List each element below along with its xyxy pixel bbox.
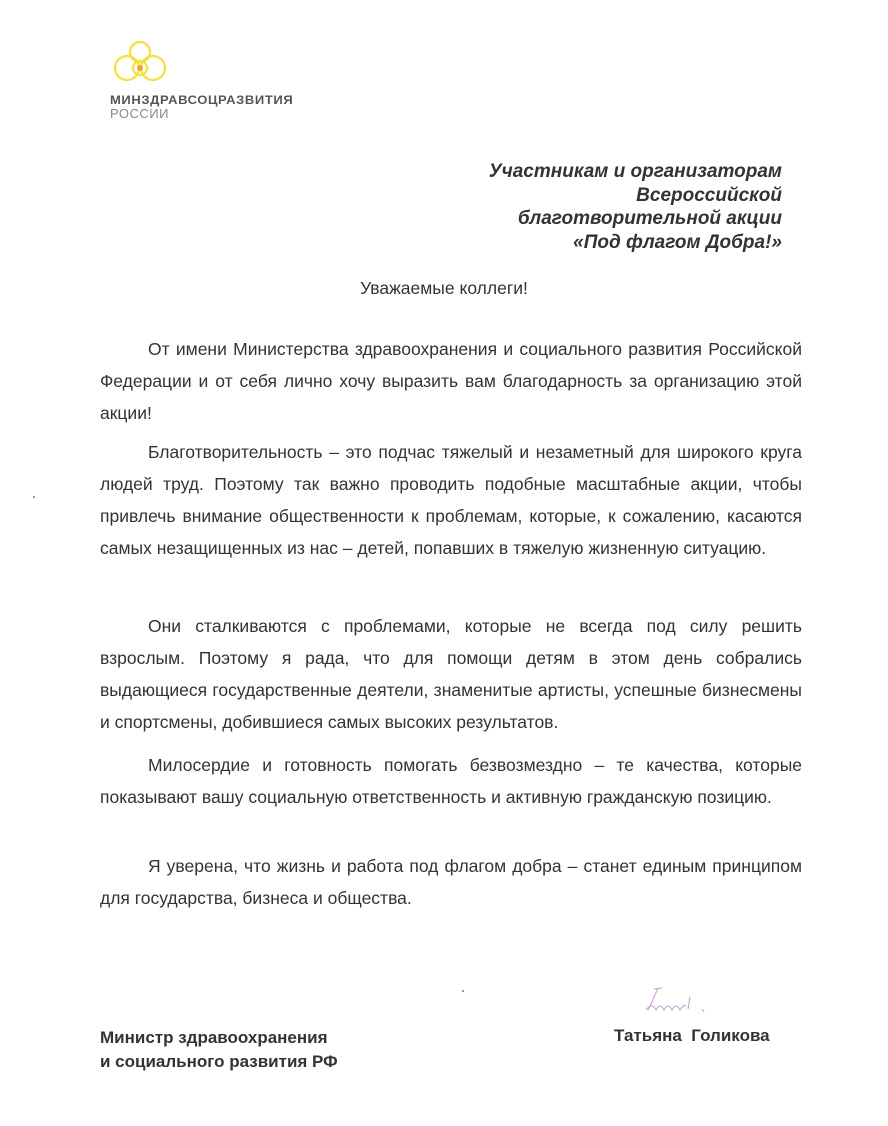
- salutation: Уважаемые коллеги!: [0, 278, 888, 299]
- paragraph: Благотворительность – это подчас тяжелый…: [100, 436, 802, 564]
- scan-speck: [33, 496, 35, 498]
- paragraph: От имени Министерства здравоохранения и …: [100, 333, 802, 429]
- addressee-line: «Под флагом Добра!»: [489, 231, 782, 255]
- ministry-logo: МИНЗДРАВСОЦРАЗВИТИЯ РОССИИ: [105, 38, 345, 128]
- signatory-title: Министр здравоохранения и социального ра…: [100, 1026, 338, 1074]
- logo-title: МИНЗДРАВСОЦРАЗВИТИЯ: [110, 92, 293, 106]
- signatory-title-line: и социального развития РФ: [100, 1050, 338, 1074]
- addressee-line: Всероссийской: [489, 184, 782, 208]
- handwritten-signature-icon: [640, 985, 740, 1020]
- signatory-name: Татьяна Голикова: [614, 1026, 770, 1046]
- addressee-line: Участникам и организаторам: [489, 160, 782, 184]
- signatory-title-line: Министр здравоохранения: [100, 1026, 338, 1050]
- addressee-line: благотворительной акции: [489, 207, 782, 231]
- scan-speck: [462, 990, 464, 992]
- ministry-emblem-icon: [105, 38, 175, 94]
- paragraph: Милосердие и готовность помогать безвозм…: [100, 749, 802, 813]
- logo-subtitle: РОССИИ: [110, 106, 169, 121]
- addressee-block: Участникам и организаторам Всероссийской…: [489, 160, 782, 254]
- paragraph: Они сталкиваются с проблемами, которые н…: [100, 610, 802, 738]
- paragraph: Я уверена, что жизнь и работа под флагом…: [100, 850, 802, 914]
